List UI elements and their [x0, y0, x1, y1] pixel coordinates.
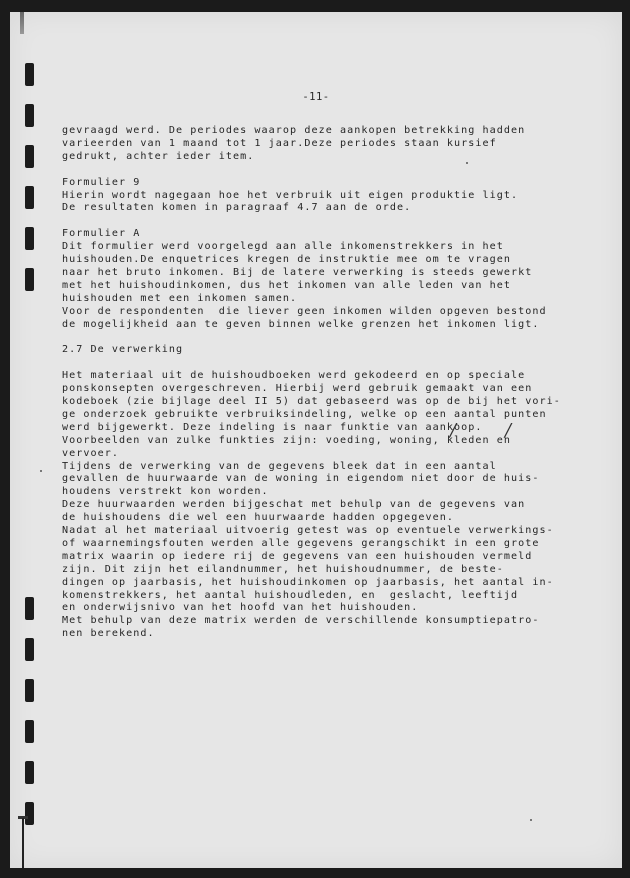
- text-line: huishouden met een inkomen samen.: [62, 293, 602, 306]
- text-line: Het materiaal uit de huishoudboeken werd…: [62, 370, 602, 383]
- text-line: ponskonsepten overgeschreven. Hierbij we…: [62, 383, 602, 396]
- text-line: matrix waarin op iedere rij de gegevens …: [62, 551, 602, 564]
- binding-hole: [25, 761, 34, 784]
- text-line: De resultaten komen in paragraaf 4.7 aan…: [62, 202, 602, 215]
- document-body: gevraagd werd. De periodes waarop deze a…: [62, 125, 602, 641]
- section-heading: 2.7 De verwerking: [62, 344, 602, 357]
- handwritten-mark: /: [450, 420, 456, 441]
- text-line: werd bijgewerkt. Deze indeling is naar f…: [62, 422, 602, 435]
- text-line: met het huishoudinkomen, dus het inkomen…: [62, 280, 602, 293]
- speck: [40, 470, 42, 472]
- text-line: gevallen de huurwaarde van de woning in …: [62, 473, 602, 486]
- text-line: dingen op jaarbasis, het huishoudinkomen…: [62, 577, 602, 590]
- text-line: zijn. Dit zijn het eilandnummer, het hui…: [62, 564, 602, 577]
- binding-hole: [25, 720, 34, 743]
- section-heading: Formulier 9: [62, 177, 602, 190]
- binding-hole: [25, 145, 34, 168]
- text-line: kodeboek (zie bijlage deel II 5) dat geb…: [62, 396, 602, 409]
- text-line: Voor de respondenten die liever geen ink…: [62, 306, 602, 319]
- paragraph-gap: [62, 357, 602, 370]
- text-line: Nadat al het materiaal uitvoerig getest …: [62, 525, 602, 538]
- binding-holes: [10, 12, 50, 868]
- speck: [530, 819, 532, 821]
- text-line: Deze huurwaarden werden bijgeschat met b…: [62, 499, 602, 512]
- text-line: Met behulp van deze matrix werden de ver…: [62, 615, 602, 628]
- text-line: vervoer.: [62, 448, 602, 461]
- text-line: gedrukt, achter ieder item.: [62, 151, 602, 164]
- binding-hole: [25, 63, 34, 86]
- text-line: varieerden van 1 maand tot 1 jaar.Deze p…: [62, 138, 602, 151]
- text-line: ge onderzoek gebruikte verbruiksindeling…: [62, 409, 602, 422]
- binding-hole: [25, 186, 34, 209]
- binding-hole: [25, 227, 34, 250]
- text-line: Dit formulier werd voorgelegd aan alle i…: [62, 241, 602, 254]
- text-line: of waarnemingsfouten werden alle gegeven…: [62, 538, 602, 551]
- binding-hole: [25, 638, 34, 661]
- text-line: komenstrekkers, het aantal huishoudleden…: [62, 590, 602, 603]
- text-line: de huishoudens die wel een huurwaarde ha…: [62, 512, 602, 525]
- text-line: Tijdens de verwerking van de gegevens bl…: [62, 461, 602, 474]
- page-number: -11-: [10, 91, 622, 103]
- binding-hole: [25, 597, 34, 620]
- paragraph-gap: [62, 215, 602, 228]
- staple-mark-bottom-line: [22, 818, 24, 868]
- text-line: naar het bruto inkomen. Bij de latere ve…: [62, 267, 602, 280]
- paragraph-gap: [62, 331, 602, 344]
- binding-hole: [25, 679, 34, 702]
- binding-hole: [25, 802, 34, 825]
- paragraph-gap: [62, 164, 602, 177]
- text-line: gevraagd werd. De periodes waarop deze a…: [62, 125, 602, 138]
- text-line: en onderwijsnivo van het hoofd van het h…: [62, 602, 602, 615]
- text-line: Hierin wordt nagegaan hoe het verbruik u…: [62, 190, 602, 203]
- binding-hole: [25, 268, 34, 291]
- text-line: huishouden.De enquetrices kregen de inst…: [62, 254, 602, 267]
- section-heading: Formulier A: [62, 228, 602, 241]
- text-line: de mogelijkheid aan te geven binnen welk…: [62, 319, 602, 332]
- text-line: nen berekend.: [62, 628, 602, 641]
- text-line: houdens verstrekt kon worden.: [62, 486, 602, 499]
- text-line: Voorbeelden van zulke funkties zijn: voe…: [62, 435, 602, 448]
- handwritten-mark: /: [505, 420, 511, 441]
- binding-hole: [25, 104, 34, 127]
